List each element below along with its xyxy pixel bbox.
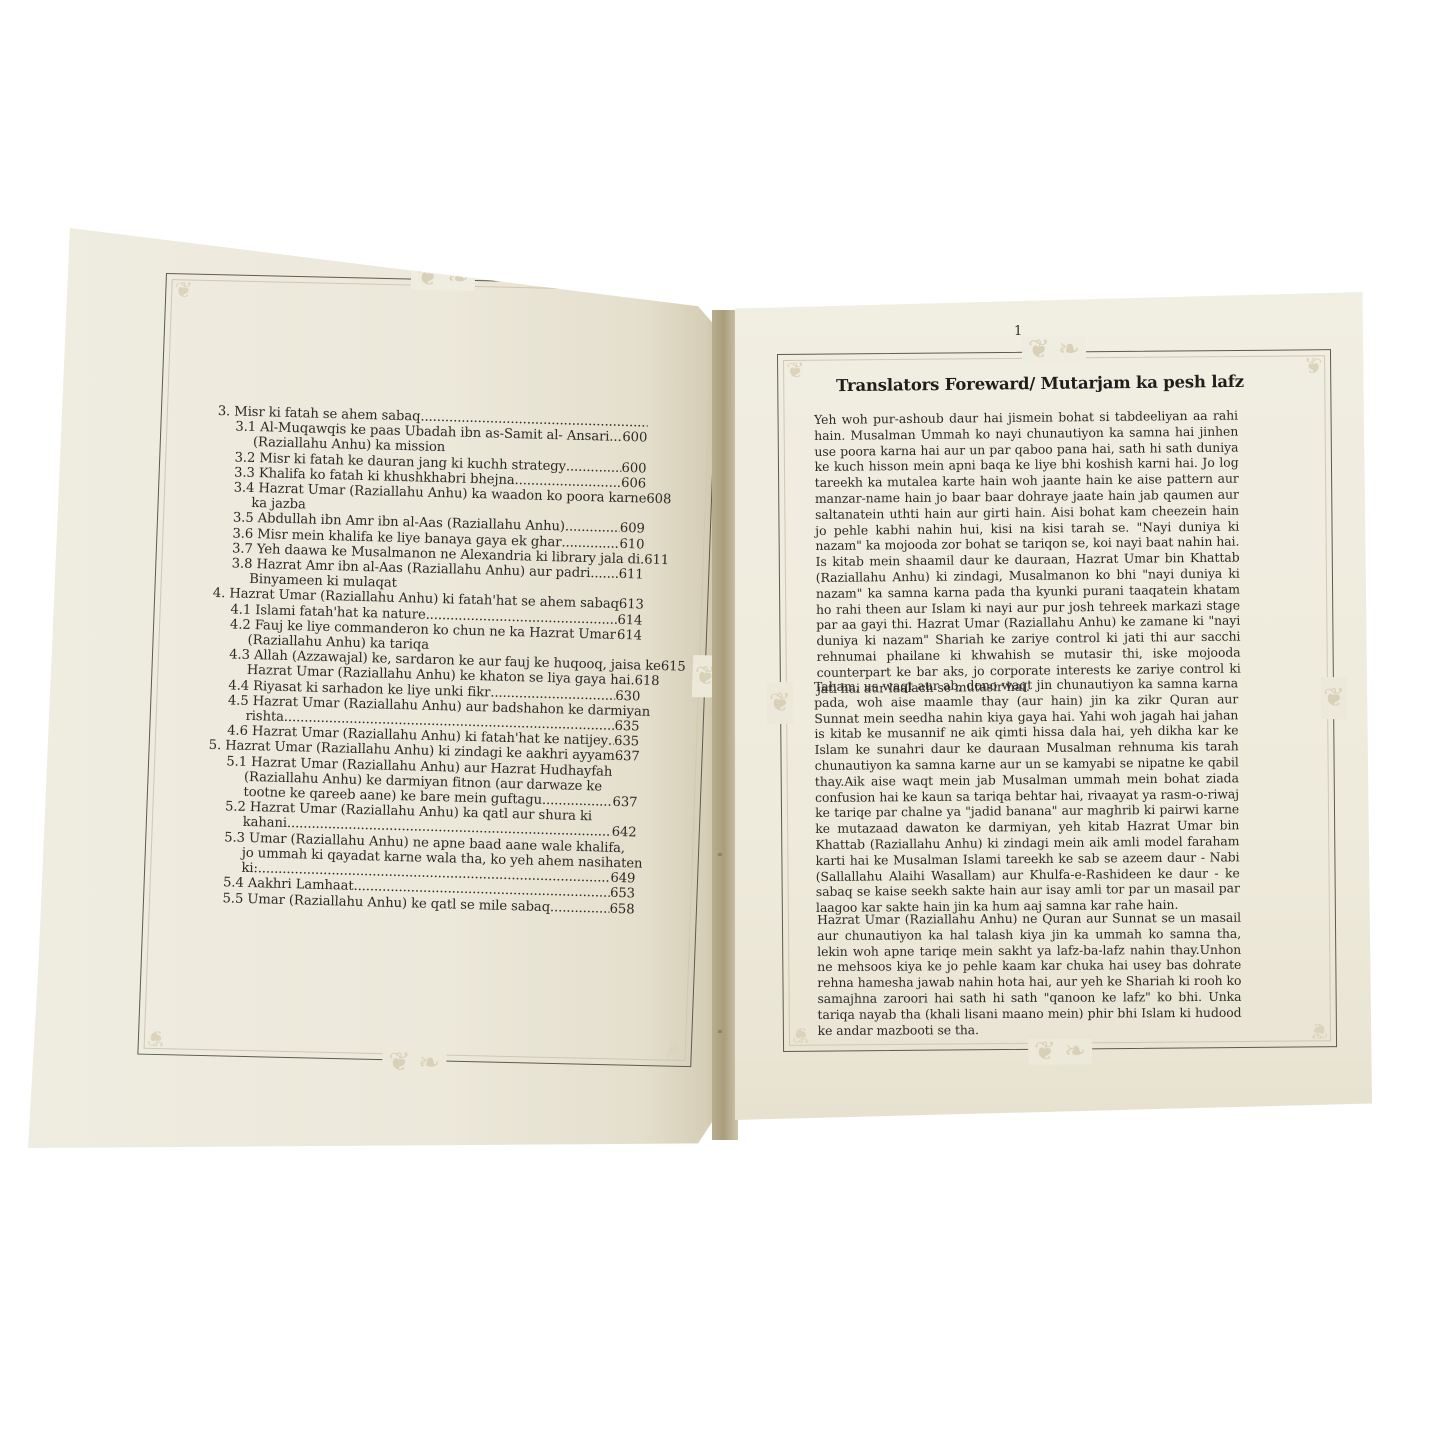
toc-page-number: 608 bbox=[646, 492, 671, 508]
bottom-ornament-icon: ❦ ❧ bbox=[382, 1049, 447, 1076]
table-of-contents: 3. Misr ki fatah se ahem sabaq3.1 Al-Muq… bbox=[204, 404, 647, 917]
toc-page-number: 600 bbox=[622, 430, 647, 446]
bottom-ornament-icon: ❦ ❧ bbox=[1028, 1038, 1092, 1065]
toc-leader-dots bbox=[590, 566, 619, 582]
toc-leader-dots bbox=[609, 430, 622, 446]
toc-page-number: 635 bbox=[614, 719, 639, 735]
side-ornament-icon: ❦ bbox=[1321, 677, 1347, 719]
side-ornament-icon: ❦ bbox=[767, 682, 793, 724]
foreword-paragraph-3: Hazrat Umar (Raziallahu Anhu) ne Quran a… bbox=[817, 910, 1242, 1039]
toc-page-number: 637 bbox=[612, 795, 637, 811]
toc-leader-dots bbox=[565, 520, 620, 537]
binding-stitch bbox=[718, 853, 722, 856]
corner-ornament-icon: ❦ bbox=[691, 292, 710, 314]
toc-page-number: 614 bbox=[617, 628, 642, 644]
toc-page-number: 611 bbox=[644, 552, 669, 568]
corner-ornament-icon: ❦ bbox=[792, 1023, 811, 1045]
corner-ornament-icon: ❦ bbox=[664, 1038, 683, 1060]
book-spine-gutter bbox=[712, 310, 738, 1140]
toc-page-number: 615 bbox=[661, 659, 686, 675]
corner-ornament-icon: ❦ bbox=[147, 1026, 166, 1048]
top-ornament-icon: ❦ ❧ bbox=[411, 264, 476, 291]
toc-page-number: 637 bbox=[615, 749, 640, 765]
toc-entry-title: kahani bbox=[242, 815, 287, 831]
toc-page-number: 613 bbox=[619, 597, 644, 613]
top-ornament-icon: ❦ ❧ bbox=[1022, 336, 1086, 363]
toc-entry-title: ki: bbox=[241, 861, 258, 877]
toc-page-number: 658 bbox=[609, 901, 634, 917]
foreword-paragraph-2: Taham, us waqt aur ab, dono waqt jin chu… bbox=[814, 675, 1240, 916]
toc-page-number: 642 bbox=[611, 825, 636, 841]
toc-entry-title: rishta bbox=[245, 709, 284, 725]
toc-page-number: 653 bbox=[610, 886, 635, 902]
toc-page-number: 614 bbox=[617, 613, 642, 629]
toc-page-number: 618 bbox=[634, 674, 659, 690]
toc-leader-dots bbox=[561, 535, 619, 552]
toc-page-number: 611 bbox=[618, 567, 643, 583]
toc-leader-dots bbox=[550, 900, 610, 917]
toc-page-number: 609 bbox=[620, 521, 645, 537]
binding-stitch bbox=[718, 1030, 722, 1033]
toc-page-number: 649 bbox=[610, 871, 635, 887]
foreword-paragraph-1: Yeh woh pur-ashoub daur hai jismein boha… bbox=[814, 408, 1241, 697]
toc-page-number: 635 bbox=[614, 734, 639, 750]
toc-page-number: 610 bbox=[619, 537, 644, 553]
toc-entry-title: ka jazba bbox=[251, 496, 306, 513]
toc-page-number: 630 bbox=[615, 689, 640, 705]
corner-ornament-icon: ❦ bbox=[1309, 1018, 1328, 1040]
corner-ornament-icon: ❦ bbox=[174, 280, 193, 302]
toc-leader-dots bbox=[566, 459, 622, 476]
toc-page-number: 606 bbox=[621, 476, 646, 492]
page-number: 1 bbox=[1014, 324, 1022, 339]
corner-ornament-icon: ❦ bbox=[1304, 356, 1323, 378]
corner-ornament-icon: ❦ bbox=[786, 361, 805, 383]
open-book: ❦ ❧ ❦ ❧ ❦ ❦ ❦ ❦ ❦ 3. Misr ki fatah se ah… bbox=[0, 0, 1445, 1445]
toc-page-number: 600 bbox=[621, 461, 646, 477]
